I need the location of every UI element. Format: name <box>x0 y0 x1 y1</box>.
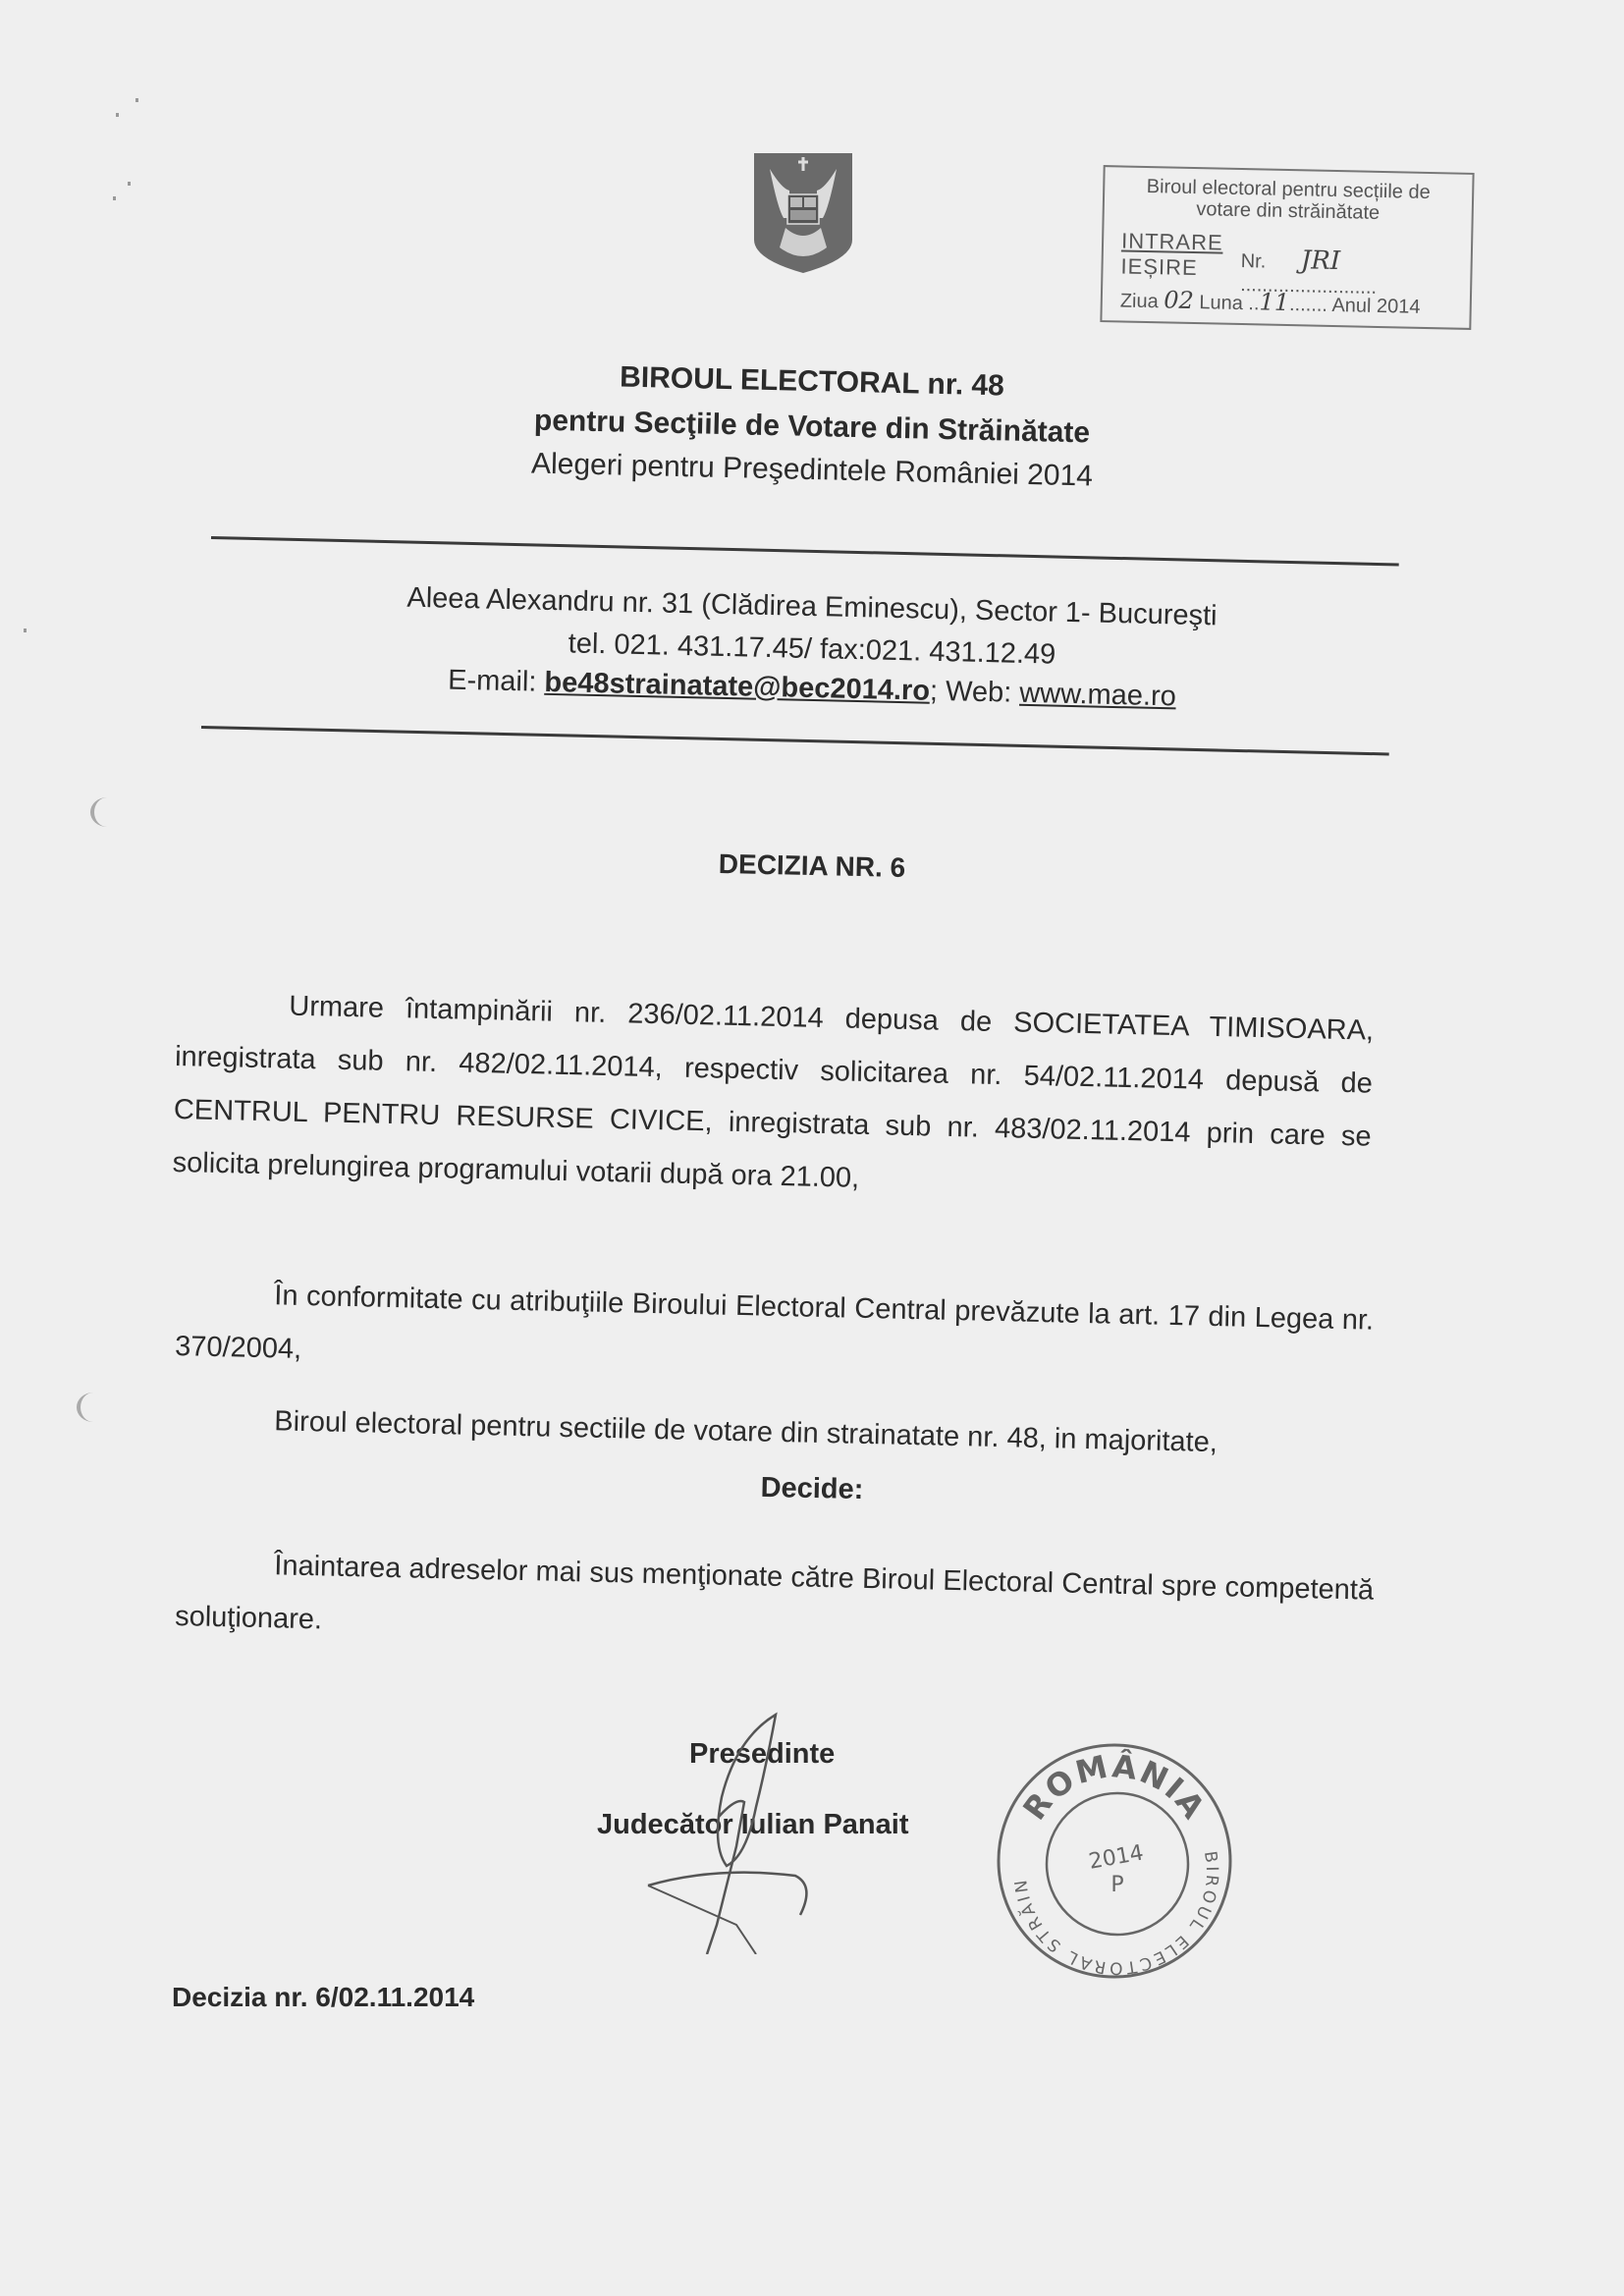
svg-text:2014: 2014 <box>1087 1840 1145 1874</box>
registry-number-value: JRI <box>1301 246 1341 276</box>
header-divider <box>211 536 1399 566</box>
decide-heading: Decide: <box>0 1456 1624 1523</box>
web-label: ; Web: <box>930 676 1020 709</box>
decision-paragraph-1: Urmare întampinării nr. 236/02.11.2014 d… <box>172 977 1375 1217</box>
scan-speck <box>128 182 131 186</box>
registry-day-label: Ziua <box>1120 290 1159 312</box>
registry-day-value: 02 <box>1164 286 1194 314</box>
decision-paragraph-2: În conformitate cu atribuţiile Biroului … <box>175 1267 1375 1400</box>
email-link[interactable]: be48strainatate@bec2014.ro <box>544 667 930 707</box>
email-label: E-mail: <box>448 665 545 698</box>
scan-speck <box>116 113 119 117</box>
registry-stamp-iesire: IEȘIRE <box>1120 253 1198 281</box>
registry-stamp-date: Ziua 02 Luna ..11....... Anul 2014 <box>1120 285 1421 318</box>
hole-punch-mark <box>90 797 124 827</box>
decision-paragraph-4: Înaintarea adreselor mai sus menţionate … <box>175 1537 1375 1670</box>
contact-divider <box>201 726 1389 755</box>
official-seal-icon: ROMÂNIA BIROUL ELECTORAL STRĂINĂTATE 201… <box>992 1738 1237 1984</box>
svg-text:P: P <box>1110 1873 1123 1897</box>
svg-text:ROMÂNIA: ROMÂNIA <box>1015 1747 1213 1827</box>
registry-month-value: 11 <box>1259 288 1289 316</box>
coat-of-arms-icon <box>748 149 858 277</box>
decision-paragraph-3: Biroul electoral pentru sectiile de vota… <box>176 1393 1375 1473</box>
registry-number-label: Nr. <box>1240 250 1266 273</box>
decision-reference: Decizia nr. 6/02.11.2014 <box>172 1982 474 2013</box>
registry-month-label: Luna <box>1199 292 1243 314</box>
hole-punch-mark <box>77 1393 110 1422</box>
decision-title: DECIZIA NR. 6 <box>0 834 1624 900</box>
registry-year-label: Anul 2014 <box>1331 295 1421 318</box>
handwritten-signature-icon <box>628 1709 864 1954</box>
registry-stamp: Biroul electoral pentru secțiile de vota… <box>1100 165 1474 330</box>
registry-stamp-intrare: INTRARE <box>1121 228 1223 255</box>
scan-speck <box>113 196 116 200</box>
scan-speck <box>135 98 138 102</box>
web-link[interactable]: www.mae.ro <box>1019 678 1176 713</box>
